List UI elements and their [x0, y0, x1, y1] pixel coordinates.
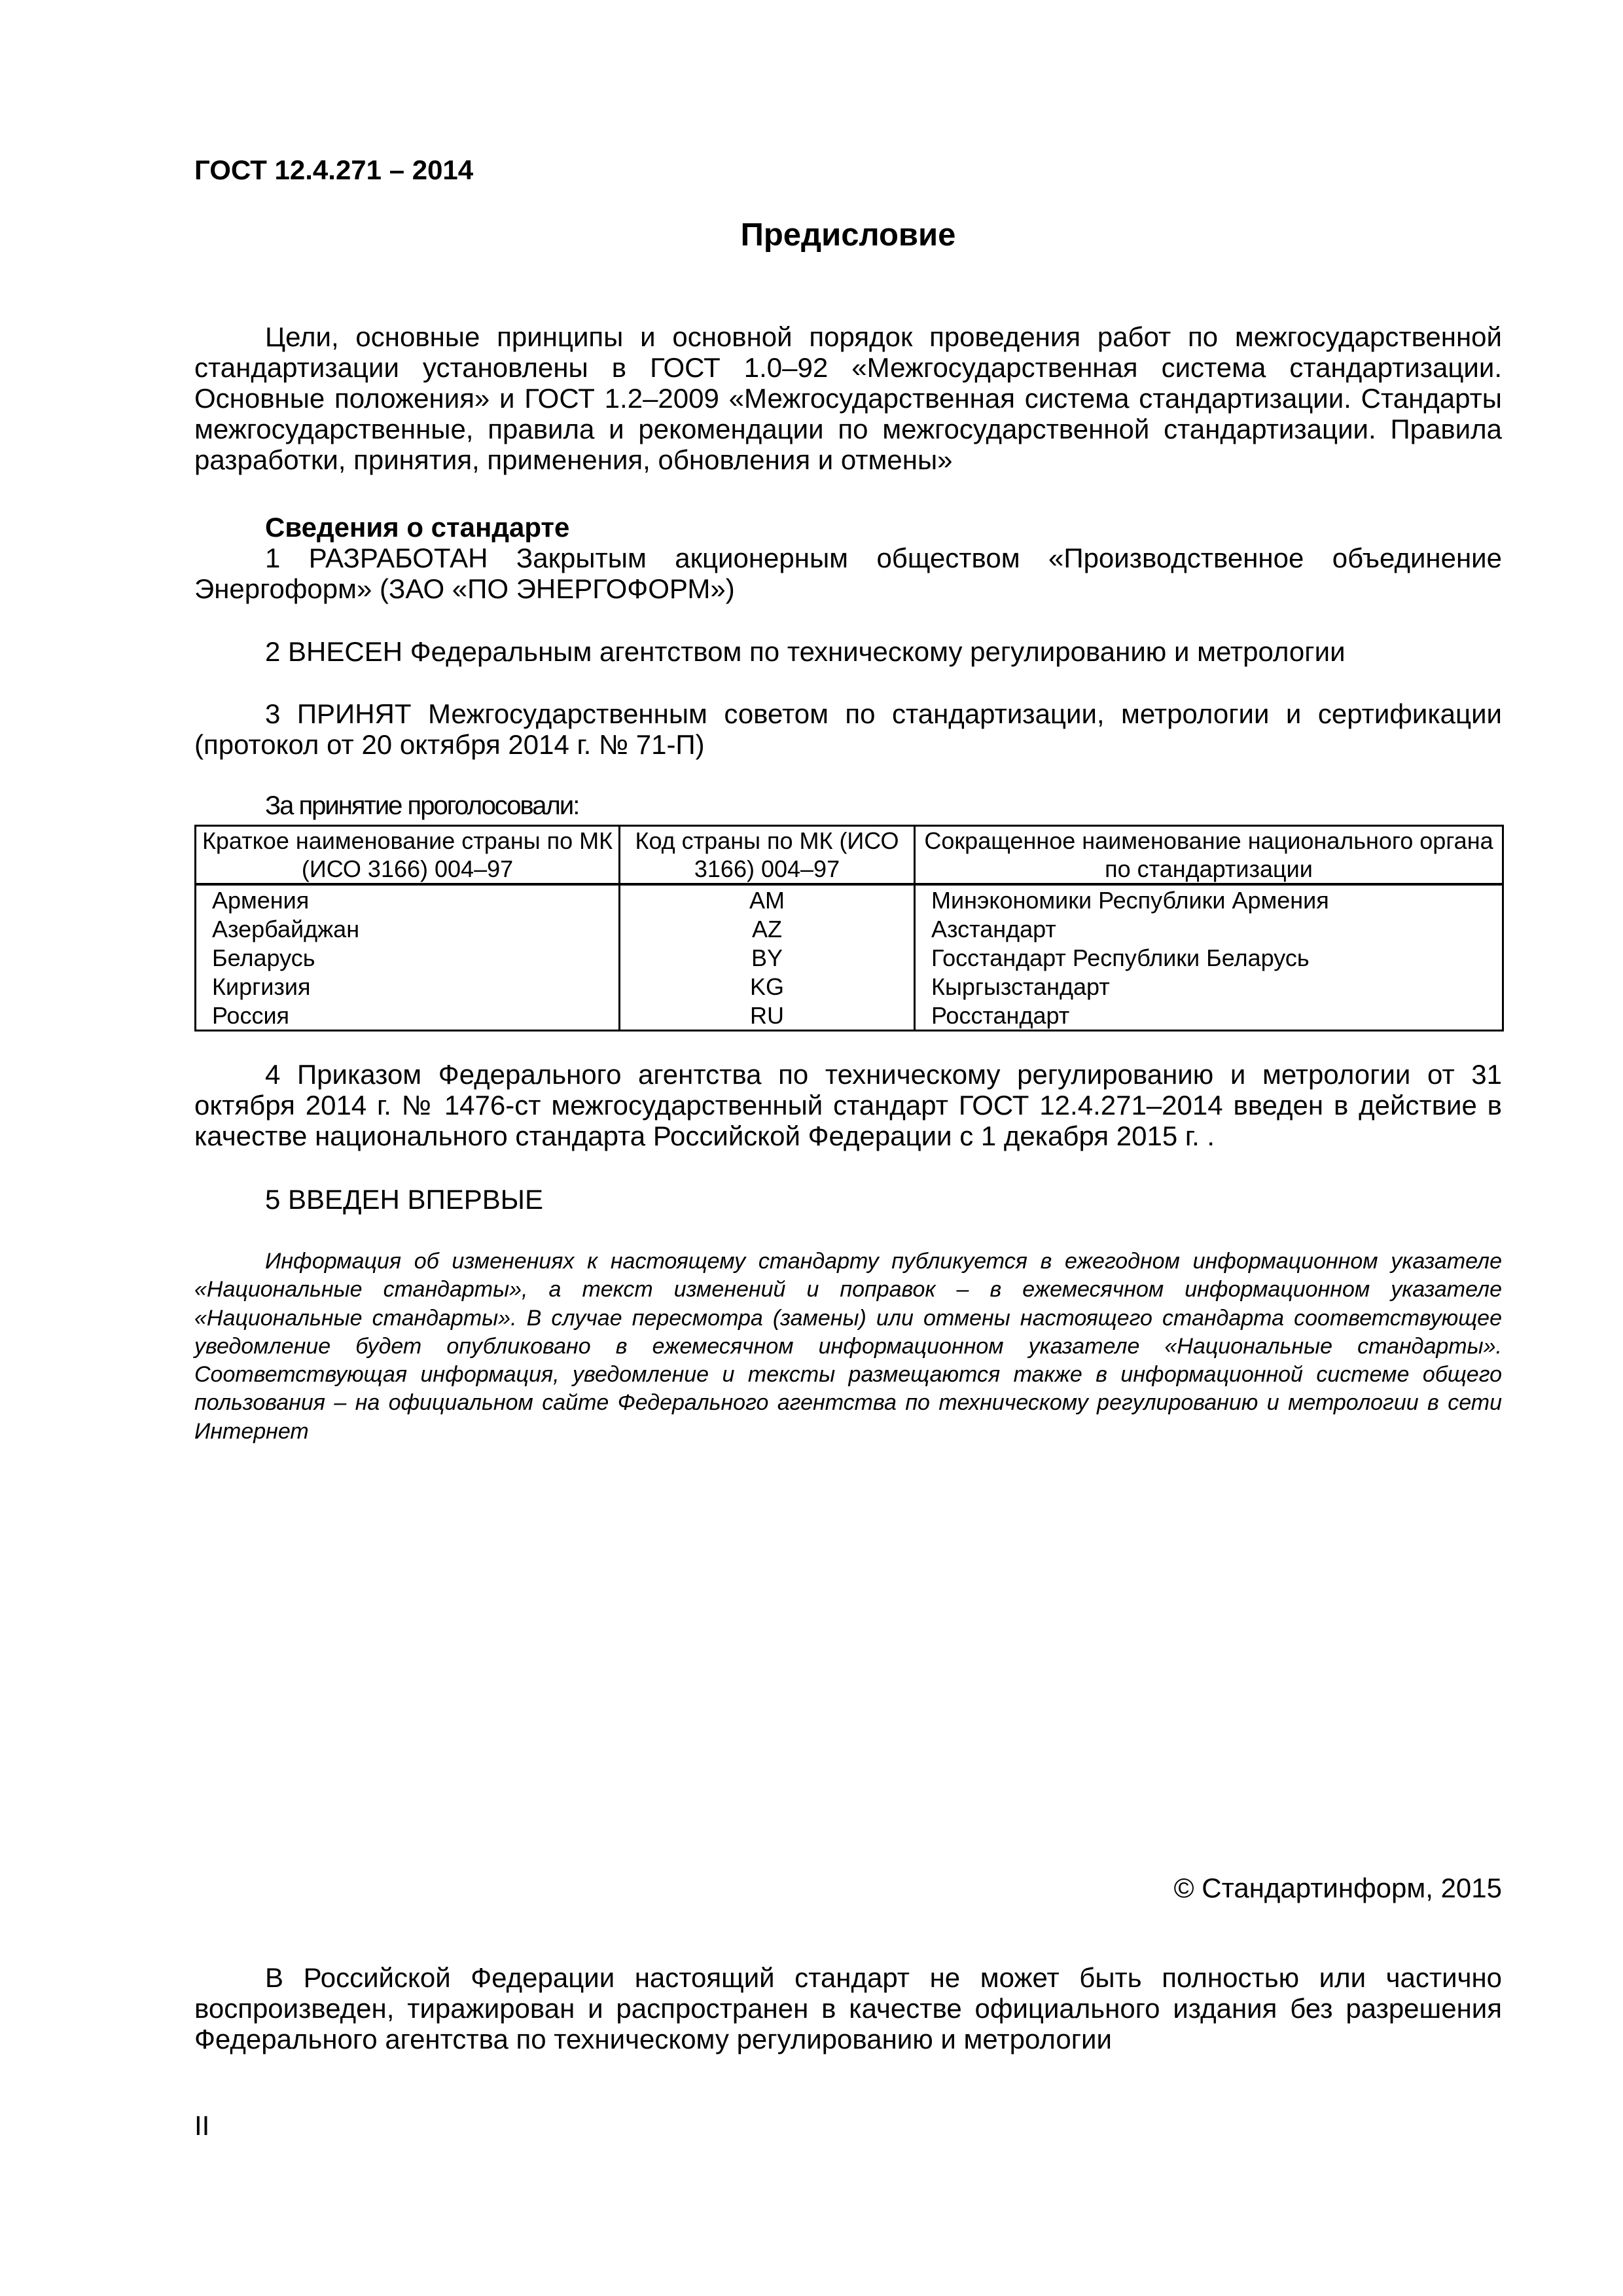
country-code-cell: RU [620, 1001, 915, 1031]
standards-body-cell: Минэкономики Республики Армения [915, 884, 1503, 914]
page-number: II [194, 2110, 209, 2141]
column-header-country-code: Код страны по МК (ИСО 3166) 004–97 [620, 826, 915, 885]
document-code-header: ГОСТ 12.4.271 – 2014 [194, 154, 473, 185]
table-row: Азербайджан AZ Азстандарт [196, 914, 1503, 943]
country-code-cell: BY [620, 943, 915, 972]
country-name-cell: Армения [196, 884, 620, 914]
standards-body-cell: Кыргызстандарт [915, 972, 1503, 1001]
standards-body-cell: Росстандарт [915, 1001, 1503, 1031]
table-header-row: Краткое наименование страны по МК (ИСО 3… [196, 826, 1503, 885]
country-code-cell: AZ [620, 914, 915, 943]
country-name-cell: Беларусь [196, 943, 620, 972]
country-code-cell: KG [620, 972, 915, 1001]
table-row: Киргизия KG Кыргызстандарт [196, 972, 1503, 1001]
changes-notice-section: Информация об изменениях к настоящему ст… [194, 1247, 1502, 1446]
enactment-section: 4 Приказом Федерального агентства по тех… [194, 1059, 1502, 1215]
country-name-cell: Киргизия [196, 972, 620, 1001]
voting-countries-table: Краткое наименование страны по МК (ИСО 3… [194, 825, 1504, 1031]
vote-table-caption: За принятие проголосовали: [265, 791, 579, 821]
country-name-cell: Россия [196, 1001, 620, 1031]
standard-info-section: Сведения о стандарте 1 РАЗРАБОТАН Закрыт… [194, 512, 1502, 760]
standards-body-cell: Азстандарт [915, 914, 1503, 943]
column-header-country-name: Краткое наименование страны по МК (ИСО 3… [196, 826, 620, 885]
reproduction-notice: В Российской Федерации настоящий стандар… [194, 1962, 1502, 2054]
item-developed-by: 1 РАЗРАБОТАН Закрытым акционерным общест… [194, 543, 1502, 604]
table-row: Беларусь BY Госстандарт Республики Белар… [196, 943, 1503, 972]
table-row: Армения AM Минэкономики Республики Армен… [196, 884, 1503, 914]
changes-notice-paragraph: Информация об изменениях к настоящему ст… [194, 1247, 1502, 1446]
preface-section: Цели, основные принципы и основной поряд… [194, 321, 1502, 475]
preface-paragraph: Цели, основные принципы и основной поряд… [194, 321, 1502, 475]
standard-info-heading: Сведения о стандарте [194, 512, 1502, 543]
item-introduced-first-time: 5 ВВЕДЕН ВПЕРВЫЕ [194, 1184, 1502, 1215]
reproduction-notice-section: В Российской Федерации настоящий стандар… [194, 1962, 1502, 2054]
country-name-cell: Азербайджан [196, 914, 620, 943]
item-enacted-by-order: 4 Приказом Федерального агентства по тех… [194, 1059, 1502, 1151]
page-title: Предисловие [194, 217, 1502, 253]
country-code-cell: AM [620, 884, 915, 914]
item-adopted-by: 3 ПРИНЯТ Межгосударственным советом по с… [194, 698, 1502, 760]
table-row: Россия RU Росстандарт [196, 1001, 1503, 1031]
standards-body-cell: Госстандарт Республики Беларусь [915, 943, 1503, 972]
column-header-standards-body: Сокращенное наименование национального о… [915, 826, 1503, 885]
copyright-notice: © Стандартинформ, 2015 [194, 1873, 1502, 1903]
item-submitted-by: 2 ВНЕСЕН Федеральным агентством по техни… [194, 636, 1502, 667]
